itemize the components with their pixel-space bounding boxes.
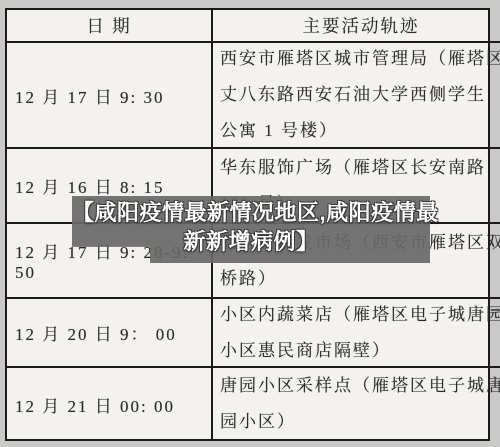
date-value: 12 月 16 日 8: 15 xyxy=(15,173,211,198)
table-row-5-date: 12 月 21 日 00: 00 xyxy=(7,368,213,440)
date-value: 12 月 17 日 9: 30 xyxy=(15,83,211,108)
track-line: 西安市雁塔区城市管理局（雁塔区 xyxy=(220,41,500,77)
track-line: 桥路） xyxy=(220,261,500,297)
track-line: 小区内蔬菜店（雁塔区电子城唐园 xyxy=(220,297,500,333)
column-header-track: 主要活动轨迹 xyxy=(213,10,500,43)
scan-artifact-dash xyxy=(491,309,500,311)
watermark-line-2: 新新增病例】 xyxy=(72,227,430,256)
column-header-track-label: 主要活动轨迹 xyxy=(303,13,420,38)
table-row-1-track: 西安市雁塔区城市管理局（雁塔区 丈八东路西安石油大学西侧学生 公寓 1 号楼） xyxy=(213,43,500,149)
table-row-5-track: 唐园小区采样点（雁塔区电子城唐 园小区） xyxy=(213,368,500,440)
table-row-4-track: 小区内蔬菜店（雁塔区电子城唐园 小区惠民商店隔壁） xyxy=(213,299,500,368)
table-row-4-date: 12 月 20 日 9： 00 xyxy=(7,299,213,368)
column-header-date-label: 日 期 xyxy=(86,13,131,38)
track-line: 华东服饰广场（雁塔区长安南路 xyxy=(220,150,500,186)
track-line: 丈八东路西安石油大学西侧学生 xyxy=(220,77,500,113)
track-line: 园小区） xyxy=(220,404,500,440)
watermark-line-1: 【咸阳疫情最新情况地区,咸阳疫情最 xyxy=(72,198,430,227)
date-value: 12 月 21 日 00: 00 xyxy=(15,392,211,417)
track-line: 小区惠民商店隔壁） xyxy=(220,333,500,369)
track-line: 公寓 1 号楼） xyxy=(220,113,500,149)
track-line: 唐园小区采样点（雁塔区电子城唐 xyxy=(220,368,500,404)
date-value: 12 月 20 日 9： 00 xyxy=(15,320,211,345)
watermark-banner: 【咸阳疫情最新情况地区,咸阳疫情最 新新增病例】 xyxy=(72,196,430,256)
column-header-date: 日 期 xyxy=(7,10,213,43)
table-row-1-date: 12 月 17 日 9: 30 xyxy=(7,43,213,149)
screenshot-root: 日 期 主要活动轨迹 12 月 17 日 9: 30 西安市雁塔区城市管理局（雁… xyxy=(0,0,500,447)
